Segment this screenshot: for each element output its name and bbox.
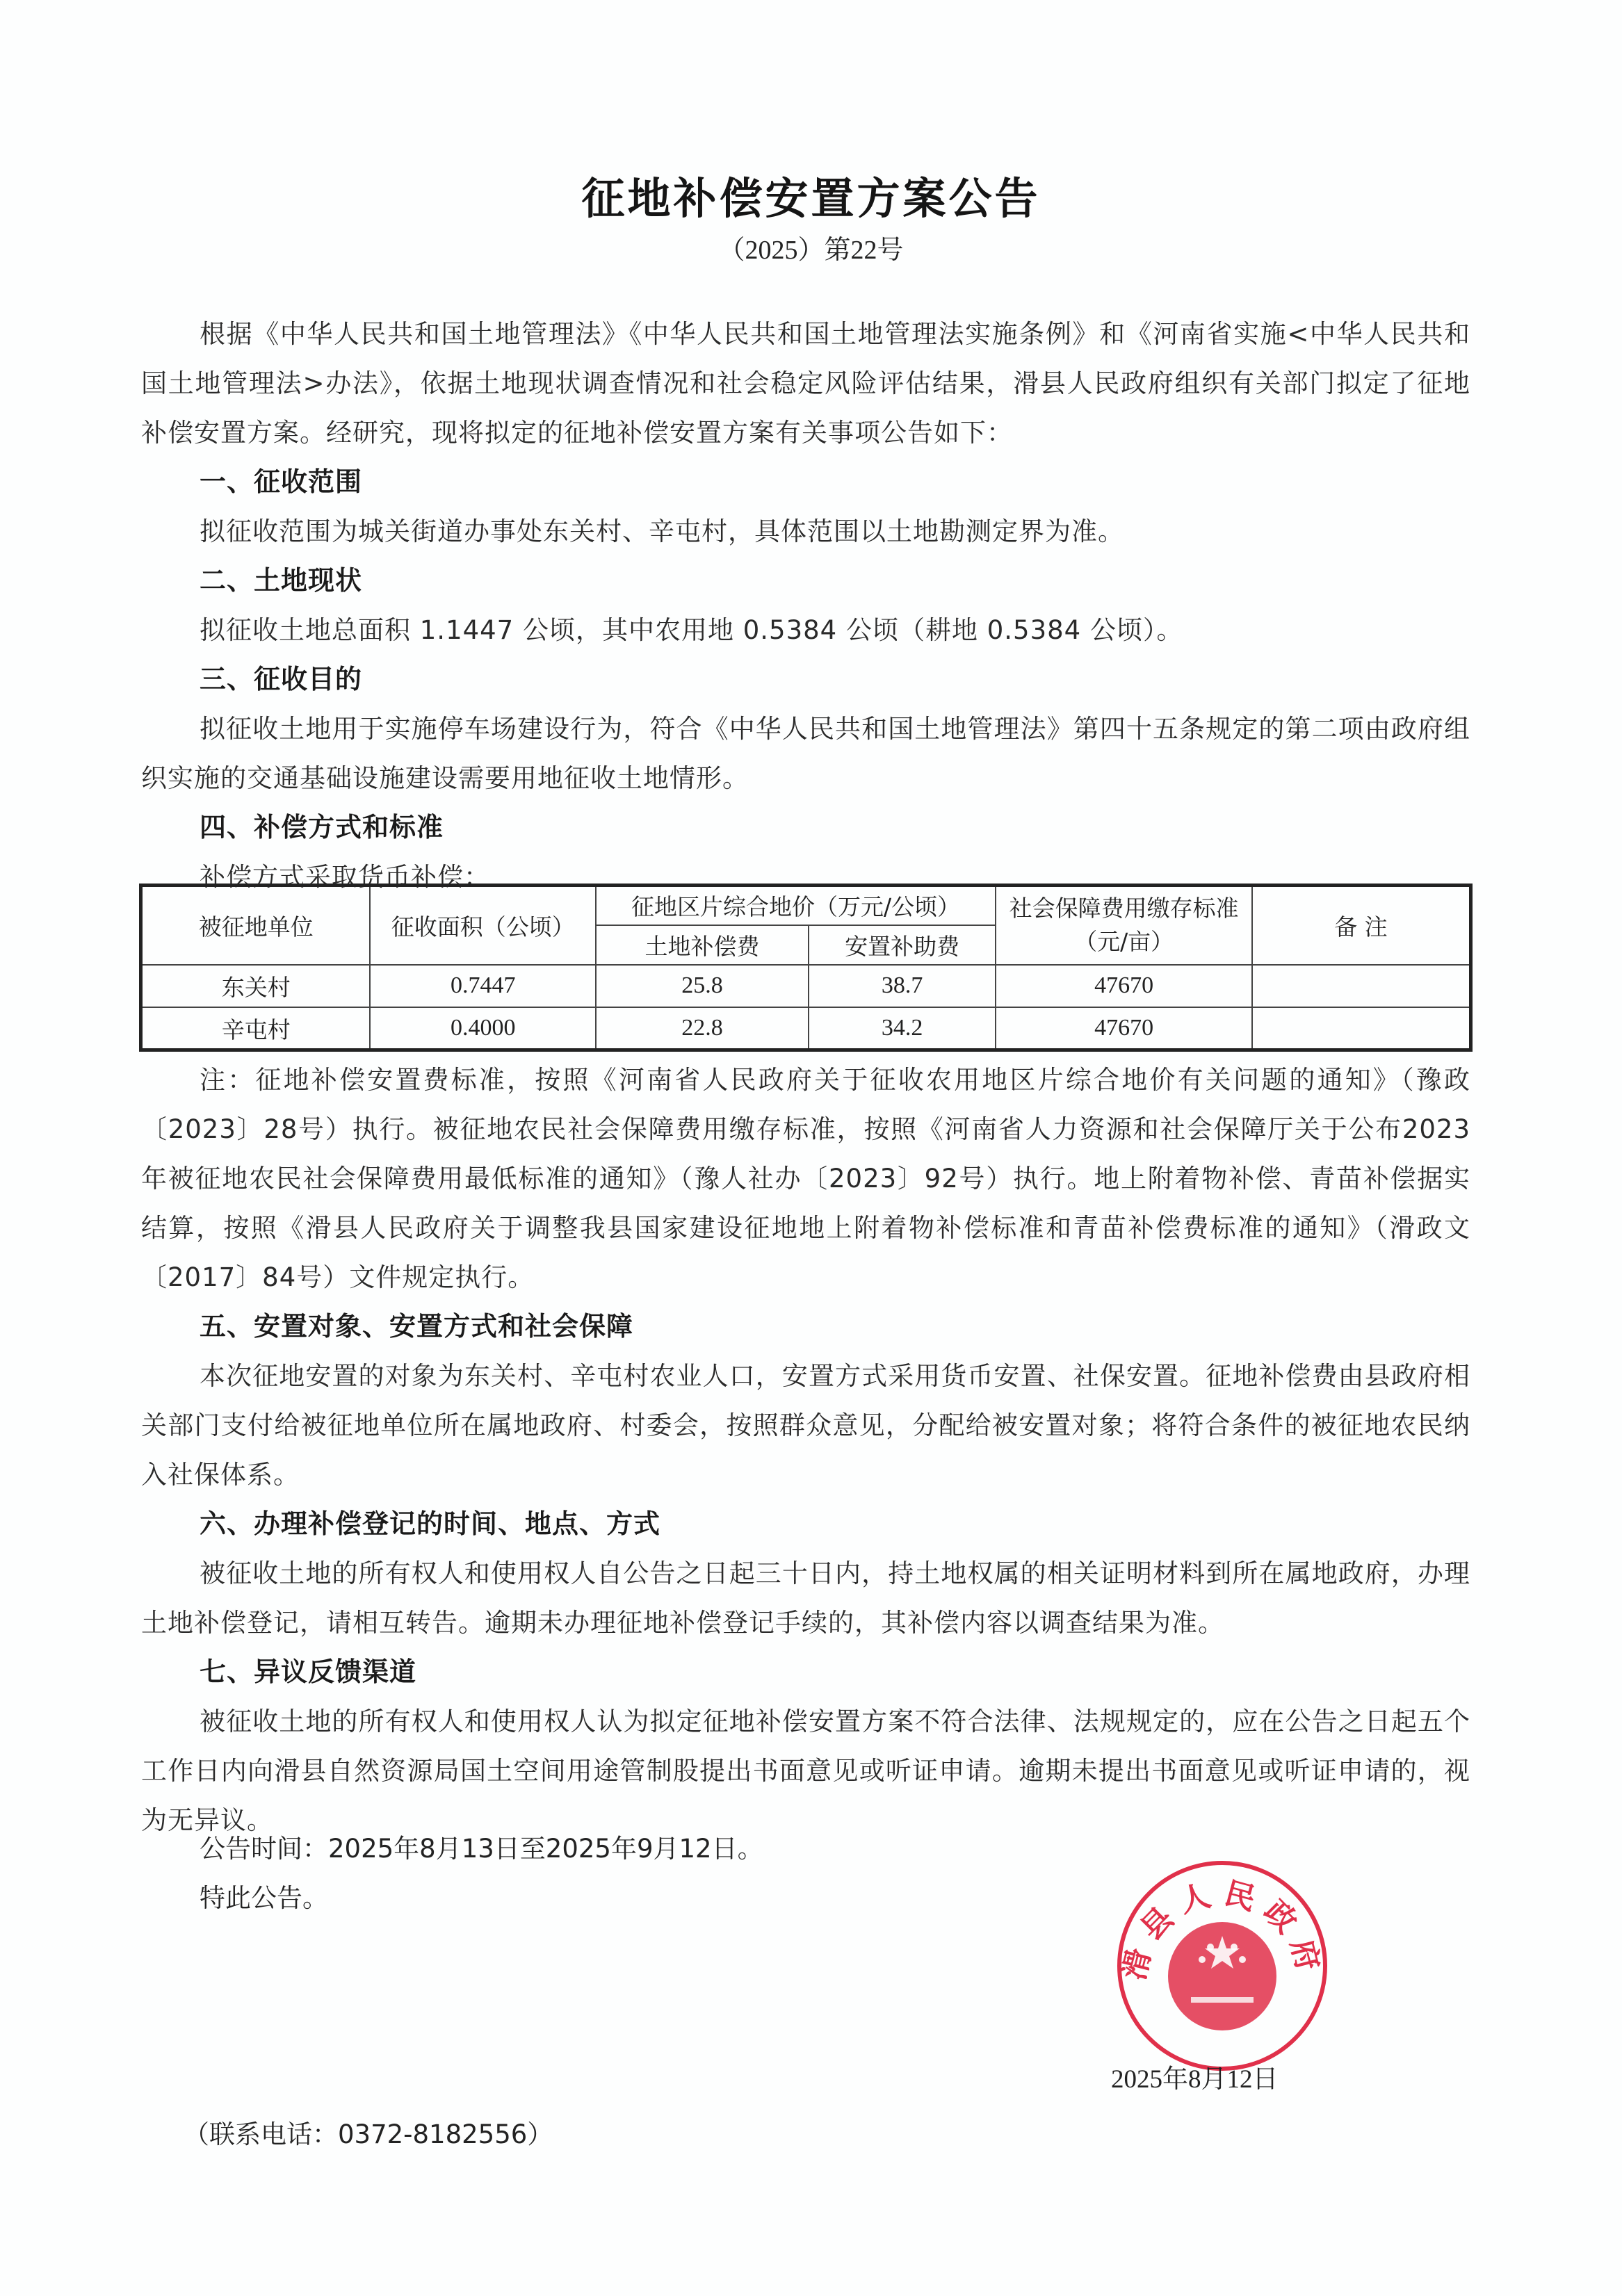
section-paragraph: 被征收土地的所有权人和使用权人认为拟定征地补偿安置方案不符合法律、法规规定的，应… xyxy=(141,1697,1470,1845)
header-unit: 被征地单位 xyxy=(141,886,371,965)
header-social-line2: （元/亩） xyxy=(1074,928,1174,955)
document-body: 根据《中华人民共和国土地管理法》《中华人民共和国土地管理法实施条例》和《河南省实… xyxy=(141,309,1470,902)
section-paragraph: 被征收土地的所有权人和使用权人自公告之日起三十日内，持土地权属的相关证明材料到所… xyxy=(141,1549,1470,1647)
cell-social-security: 47670 xyxy=(996,1007,1252,1050)
section-heading: 三、征收目的 xyxy=(141,655,1470,704)
section-heading: 一、征收范围 xyxy=(141,457,1470,507)
closing-block: 公告时间：2025年8月13日至2025年9月12日。 特此公告。 xyxy=(200,1824,763,1923)
page-title: 征地补偿安置方案公告 xyxy=(0,164,1622,226)
contact-phone: （联系电话：0372-8182556） xyxy=(184,2113,553,2151)
header-resettlement: 安置补助费 xyxy=(809,925,996,965)
cell-unit: 东关村 xyxy=(141,965,371,1007)
cell-land-compensation: 22.8 xyxy=(596,1007,809,1050)
header-area: 征收面积（公顷） xyxy=(370,886,596,965)
closing-text: 特此公告。 xyxy=(200,1873,763,1923)
cell-area: 0.7447 xyxy=(370,965,596,1007)
cell-area: 0.4000 xyxy=(370,1007,596,1050)
cell-remark xyxy=(1252,1007,1470,1050)
cell-remark xyxy=(1252,965,1470,1007)
document-number: （2025）第22号 xyxy=(0,228,1622,266)
section-heading: 六、办理补偿登记的时间、地点、方式 xyxy=(141,1499,1470,1549)
cell-unit: 辛屯村 xyxy=(141,1007,371,1050)
table-note: 注：征地补偿安置费标准，按照《河南省人民政府关于征收农用地区片综合地价有关问题的… xyxy=(141,1055,1470,1302)
intro-paragraph: 根据《中华人民共和国土地管理法》《中华人民共和国土地管理法实施条例》和《河南省实… xyxy=(141,309,1470,457)
header-price-group: 征地区片综合地价（万元/公顷） xyxy=(596,886,996,925)
header-land-compensation: 土地补偿费 xyxy=(596,925,809,965)
section-heading: 四、补偿方式和标准 xyxy=(141,803,1470,852)
compensation-table: 被征地单位 征收面积（公顷） 征地区片综合地价（万元/公顷） 社会保障费用缴存标… xyxy=(139,884,1473,1052)
sign-date: 2025年8月12日 xyxy=(1111,2058,1279,2095)
cell-land-compensation: 25.8 xyxy=(596,965,809,1007)
table-row: 辛屯村 0.4000 22.8 34.2 47670 xyxy=(141,1007,1471,1050)
official-seal-icon: 滑县人民政府 xyxy=(1114,1858,1330,2074)
cell-resettlement: 38.7 xyxy=(809,965,996,1007)
cell-resettlement: 34.2 xyxy=(809,1007,996,1050)
cell-social-security: 47670 xyxy=(996,965,1252,1007)
section-heading: 二、土地现状 xyxy=(141,556,1470,605)
notice-period: 公告时间：2025年8月13日至2025年9月12日。 xyxy=(200,1824,763,1873)
section-heading: 五、安置对象、安置方式和社会保障 xyxy=(141,1302,1470,1351)
section-paragraph: 拟征收土地用于实施停车场建设行为，符合《中华人民共和国土地管理法》第四十五条规定… xyxy=(141,704,1470,803)
header-social-security: 社会保障费用缴存标准 （元/亩） xyxy=(996,886,1252,965)
section-paragraph: 本次征地安置的对象为东关村、辛屯村农业人口，安置方式采用货币安置、社保安置。征地… xyxy=(141,1351,1470,1499)
header-social-line1: 社会保障费用缴存标准 xyxy=(1009,895,1239,922)
table-header-row: 被征地单位 征收面积（公顷） 征地区片综合地价（万元/公顷） 社会保障费用缴存标… xyxy=(141,886,1471,925)
section-paragraph: 拟征收土地总面积 1.1447 公顷，其中农用地 0.5384 公顷（耕地 0.… xyxy=(141,605,1470,655)
document-page: 征地补偿安置方案公告 （2025）第22号 根据《中华人民共和国土地管理法》《中… xyxy=(0,0,1622,2296)
header-remark: 备 注 xyxy=(1252,886,1470,965)
table-row: 东关村 0.7447 25.8 38.7 47670 xyxy=(141,965,1471,1007)
section-paragraph: 拟征收范围为城关街道办事处东关村、辛屯村，具体范围以土地勘测定界为准。 xyxy=(141,507,1470,556)
document-body-continued: 注：征地补偿安置费标准，按照《河南省人民政府关于征收农用地区片综合地价有关问题的… xyxy=(141,1055,1470,1845)
section-heading: 七、异议反馈渠道 xyxy=(141,1647,1470,1697)
